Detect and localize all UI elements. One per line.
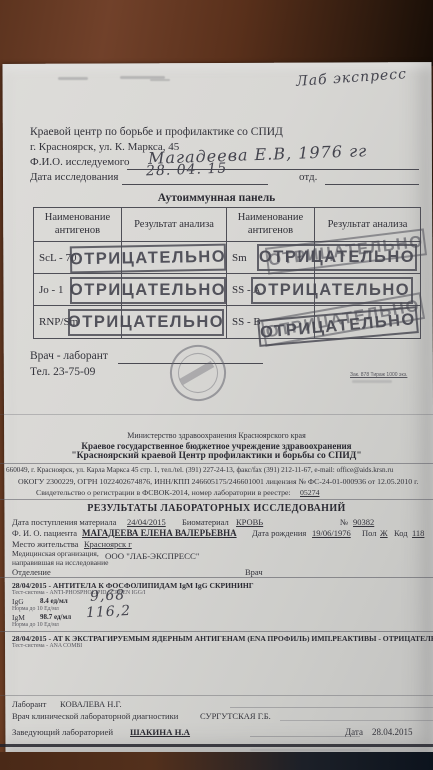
- wood-table-background-bottom: [0, 752, 433, 770]
- doc1-date-underline: [122, 184, 268, 185]
- lab-assistant-name: КОВАЛЕВА Н.Г.: [60, 699, 122, 709]
- doc1-date-label: Дата исследования: [30, 171, 118, 183]
- doc2-certificate-line: Свидетельство о регистрации в ФСВОК-2014…: [36, 488, 291, 497]
- doc1-print-note: Зак. 878 Тираж 1000 экз.: [350, 372, 407, 378]
- igm-handwritten-value: 116,2: [86, 603, 132, 621]
- lab-head-label: Заведующий лабораторией: [12, 727, 113, 737]
- doc2-org-name: Краевое государственное бюджетное учрежд…: [0, 441, 433, 451]
- biomaterial-value: КРОВЬ: [236, 517, 263, 527]
- negative-result-stamp: ОТРИЦАТЕЛЬНО: [70, 277, 226, 304]
- sample-number-value: 90382: [353, 517, 374, 527]
- code-value: 118: [412, 528, 424, 538]
- doc1-panel-title: Аутоиммунная панель: [0, 192, 433, 204]
- sample-number-label: №: [340, 517, 348, 527]
- table-header-antigen-left: Наименование антигенов: [34, 208, 122, 242]
- doc2-ministry: Министерство здравоохранения Красноярско…: [0, 431, 433, 440]
- doc2-certificate-number: 05274: [300, 488, 320, 497]
- receipt-date-value: 24/04/2015: [127, 517, 166, 527]
- code-label: Код: [394, 528, 408, 538]
- birth-date-label: Дата рождения: [252, 528, 306, 538]
- clinical-doctor-signature-line: [280, 720, 433, 721]
- doc1-bottom-rule: [0, 414, 433, 415]
- test2-header: 28/04/2015 - АТ К ЭКСТРАГИРУЕМЫМ ЯДЕРНЫМ…: [12, 634, 433, 643]
- doc1-dept-label: отд.: [299, 171, 317, 183]
- pencil-smudge: [58, 77, 88, 80]
- patient-section-rule: [0, 577, 433, 578]
- doc1-fio-label: Ф.И.О. исследуемого: [30, 156, 130, 168]
- residence-label: Место жительства: [12, 539, 78, 549]
- doc2-address: 660049, г. Красноярск, ул. Карла Маркса …: [6, 466, 393, 474]
- print-note-smudge: [352, 380, 392, 383]
- doc1-doctor-label: Врач - лаборант: [30, 350, 108, 362]
- patient-fio-label: Ф. И. О. пациента: [12, 528, 77, 538]
- igg-printed-value: 8.4 ед/мл: [40, 597, 68, 605]
- doc2-header-rule-bottom: [0, 499, 433, 500]
- igg-handwritten-value: 9,68: [90, 587, 126, 605]
- lab-head-signature-line: [250, 736, 360, 737]
- test1-rule: [0, 631, 433, 632]
- doc2-registration-line: ОКОГУ 2300229, ОГРН 1022402674876, ИНН/К…: [18, 477, 418, 486]
- pencil-smudge: [150, 79, 170, 81]
- lab-assistant-signature-line: [230, 707, 433, 708]
- lab-assistant-label: Лаборант: [12, 699, 46, 709]
- doc2-header-rule-top: [0, 463, 433, 464]
- referring-org-label-1: Медицинская организация,: [12, 549, 99, 558]
- signature-section-rule: [0, 695, 433, 696]
- igm-norm: Норма до 10 Ед/мл: [12, 622, 59, 628]
- sex-value: Ж: [380, 528, 388, 538]
- negative-result-stamp: ОТРИЦАТЕЛЬНО: [68, 309, 224, 336]
- igm-printed-value: 98.7 ед/мл: [40, 613, 71, 621]
- igg-label: IgG: [12, 597, 24, 606]
- department-label: Отделение: [12, 567, 51, 577]
- clinical-doctor-name: СУРГУТСКАЯ Г.Б.: [200, 711, 271, 721]
- doc1-dept-underline: [325, 184, 419, 185]
- residence-value: Красноярск г: [84, 539, 132, 549]
- test2-system: Тест-система - ANA COMBI: [12, 643, 82, 649]
- referring-org-label-2: направившая на исследование: [12, 558, 108, 567]
- doc2-title: РЕЗУЛЬТАТЫ ЛАБОРАТОРНЫХ ИССЛЕДОВАНИЙ: [0, 503, 433, 514]
- printthrough-smudge: [250, 749, 370, 751]
- photo-of-lab-documents: Лаб экспресс Краевой центр по борьбе и п…: [0, 0, 433, 770]
- report-date-value: 28.04.2015: [372, 727, 413, 737]
- doc2-org-name2: "Красноярский краевой Центр профилактики…: [0, 451, 433, 461]
- negative-result-stamp: ОТРИЦАТЕЛЬНО: [70, 244, 226, 274]
- patient-fio-value: МАГАДЕЕВА ЕЛЕНА ВАЛЕРЬЕВНА: [82, 528, 237, 538]
- doc1-phone: Тел. 23-75-09: [30, 366, 95, 378]
- sex-label: Пол: [362, 528, 377, 538]
- wood-table-background-top: [0, 0, 433, 66]
- igg-norm: Норма до 10 Ед/мл: [12, 606, 59, 612]
- test1-system: Тест-система - ANTI-PHOSPHOLIPID SCREEN …: [12, 590, 145, 596]
- doctor-label: Врач: [245, 567, 263, 577]
- table-header-antigen-right: Наименование антигенов: [227, 208, 315, 242]
- report-date-label: Дата: [345, 727, 363, 737]
- bottom-thick-rule: [0, 744, 433, 747]
- test1-header: 28/04/2015 - АНТИТЕЛА К ФОСФОЛИПИДАМ IgM…: [12, 581, 254, 590]
- lab-head-name: ШАКИНА Н.А: [130, 727, 190, 737]
- clinical-doctor-label: Врач клинической лабораторной диагностик…: [12, 711, 178, 721]
- doc1-date-handwritten: 28. 04. 15: [146, 161, 228, 180]
- doc1-org-name: Краевой центр по борьбе и профилактике с…: [30, 126, 283, 138]
- receipt-date-label: Дата поступления материала: [12, 517, 116, 527]
- igm-label: IgM: [12, 613, 25, 622]
- table-header-result-left: Результат анализа: [122, 208, 227, 242]
- biomaterial-label: Биоматериал: [182, 517, 229, 527]
- referring-org-value: ООО "ЛАБ-ЭКСПРЕСС": [105, 551, 199, 561]
- birth-date-value: 19/06/1976: [312, 528, 351, 538]
